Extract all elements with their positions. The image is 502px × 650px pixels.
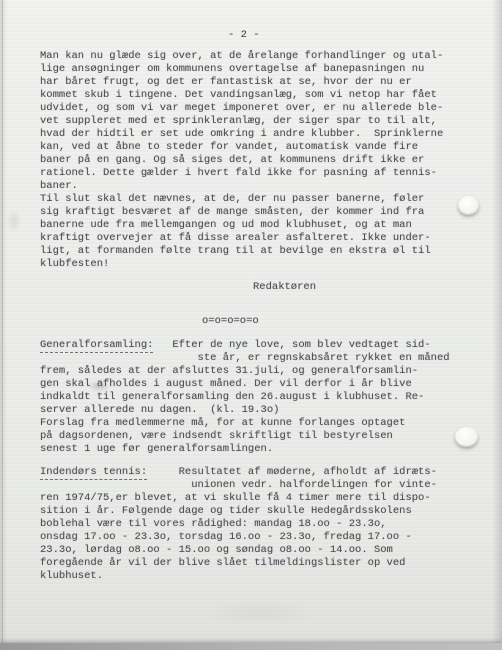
hole-punch-bottom xyxy=(455,427,478,447)
scanned-document-page: - 2 - Man kan nu glæde sig over, at de å… xyxy=(0,0,502,650)
section-body: Resultatet af møderne, afholdt af idræts… xyxy=(40,466,437,583)
section-body: Efter de nye love, som blev vedtaget sid… xyxy=(40,339,450,456)
section-heading-generalforsamling: Generalforsamling: xyxy=(40,339,153,353)
paper-stain xyxy=(6,208,22,234)
paper-crease-line xyxy=(2,0,3,650)
paper-stain xyxy=(200,600,320,626)
byline-signature: Redaktøren xyxy=(253,281,316,294)
ink-smudge xyxy=(88,380,110,392)
section-heading-indendoers-tennis: Indendørs tennis: xyxy=(40,466,147,480)
section-divider-ornament: o=o=o=o=o xyxy=(202,315,259,328)
hole-punch-top xyxy=(458,196,479,215)
paper-right-shade xyxy=(492,0,502,650)
paper-bottom-edge xyxy=(0,643,502,650)
page-number: - 2 - xyxy=(228,29,260,42)
intro-paragraph: Man kan nu glæde sig over, at de årelang… xyxy=(40,50,443,271)
